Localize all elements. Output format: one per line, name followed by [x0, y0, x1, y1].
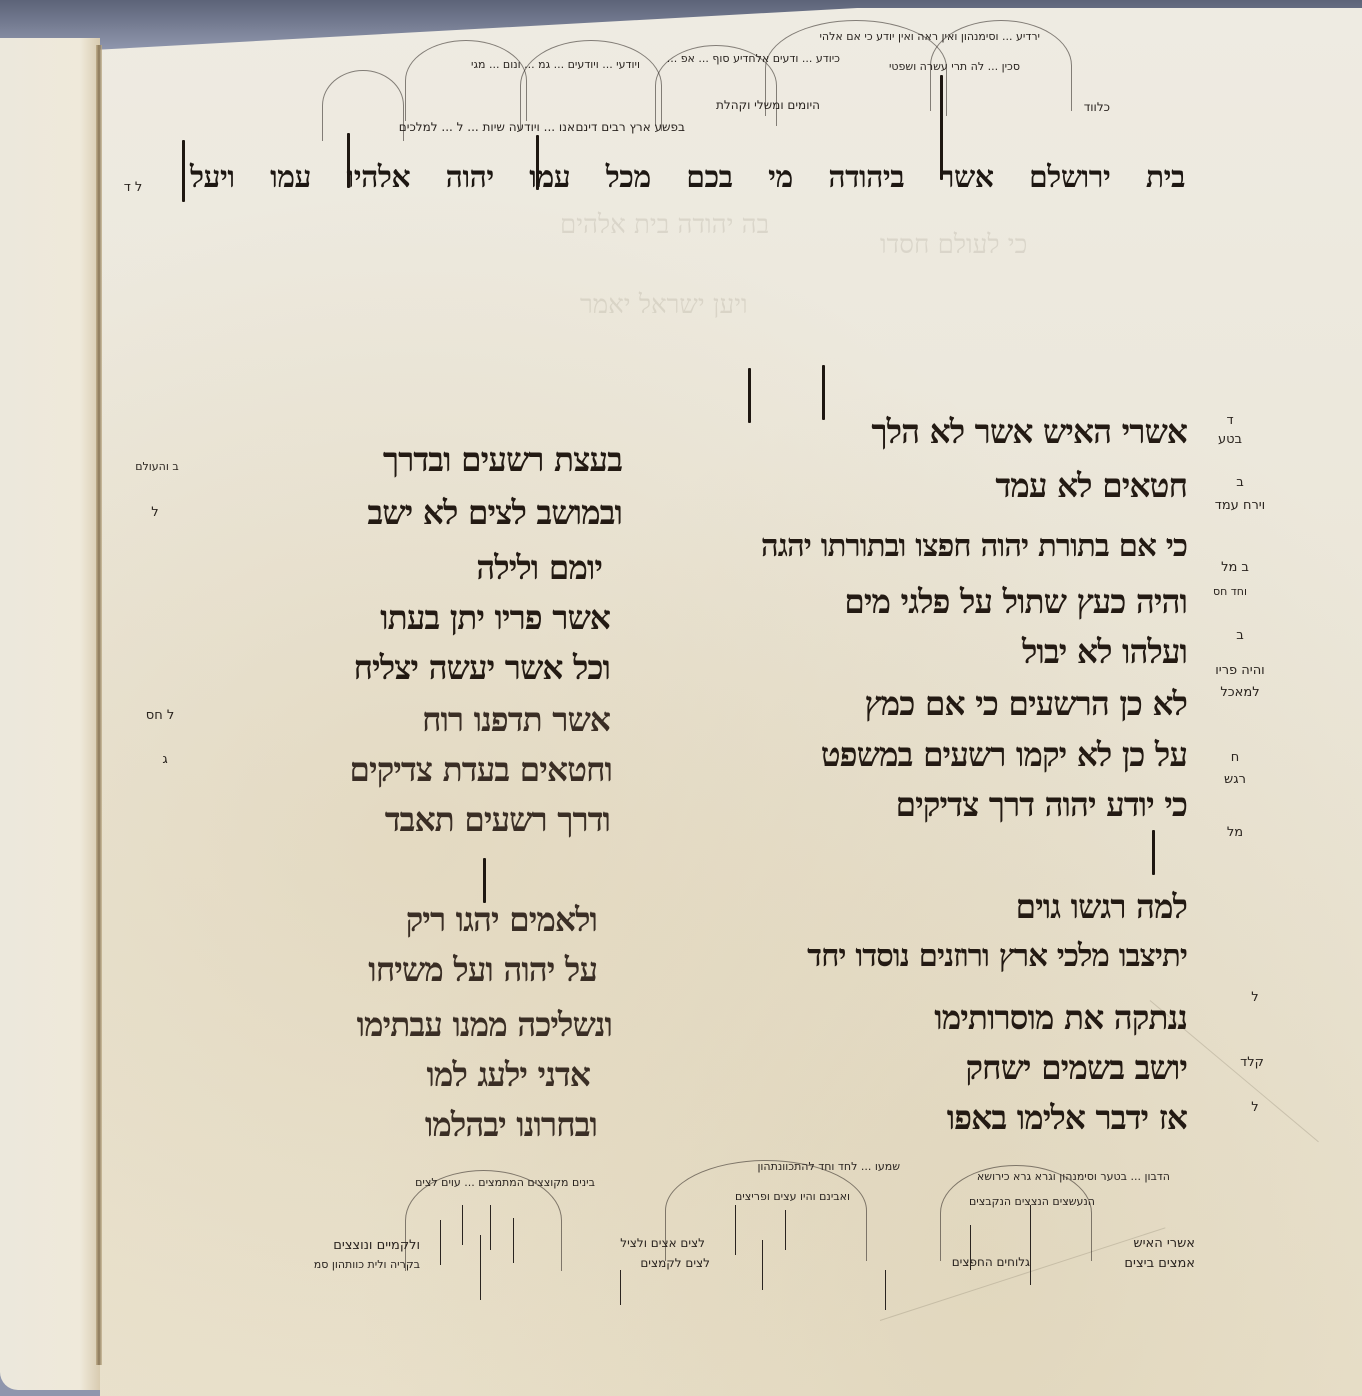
masora-text: סכין ... לה תרי עשרה ושפטי [870, 60, 1020, 73]
margin-note: בטע [1200, 432, 1260, 447]
margin-note-mark: ח [1215, 750, 1255, 765]
margin-note: קלד [1232, 1055, 1272, 1070]
letter-ascender [822, 365, 825, 420]
letter-ascender [748, 368, 751, 423]
facing-page-left [0, 38, 100, 1390]
letter-ascender [1152, 830, 1155, 875]
letter-ascender [182, 140, 185, 202]
hanging-stroke [970, 1225, 971, 1270]
margin-note-mark: ב [1210, 475, 1270, 490]
show-through-text: ויען ישראל יאמר [580, 290, 748, 320]
margin-note: ל חס [135, 708, 185, 723]
text-line: ובמושב לצים לא ישב [367, 493, 622, 533]
text-line: וחטאים בעדת צדיקים [349, 750, 612, 790]
margin-note-mark: ל [1240, 990, 1270, 1005]
text-line: וכל אשר יעשה יצליח [354, 648, 610, 688]
masora-text: ירדיע ... וסימנהון ואין ראה ואין יודע כי… [790, 30, 1040, 43]
masora-text: כלווד [1050, 100, 1110, 114]
masora-text: הדבון ... בטער וסימנהון וגרא גרא כירושא [910, 1170, 1170, 1183]
margin-note: וירח עמד [1195, 498, 1285, 513]
margin-note: רגש [1210, 772, 1260, 787]
margin-note-mark: ל [1240, 1100, 1270, 1115]
hanging-stroke [762, 1240, 763, 1290]
masora-text: ויודעי ... ויודעים ... גמ ... ונום ... מ… [440, 58, 640, 71]
page-gutter [96, 45, 102, 1365]
masora-text: אשרי האיש [1085, 1236, 1195, 1251]
hanging-stroke [620, 1270, 621, 1305]
text-line: יושב בשמים ישחק [965, 1048, 1187, 1088]
text-line: על כן לא יקמו רשעים במשפט [821, 735, 1187, 775]
text-line: יתיצבו מלכי ארץ ורוזנים נוסדו יחד [807, 938, 1187, 974]
text-line: יומם ולילה [476, 548, 602, 588]
text-line: ועלהו לא יבול [1022, 632, 1187, 672]
text-line: לא כן הרשעים כי אם כמץ [864, 684, 1187, 724]
masora-text: הנעשצים הנצצים הנקבצים [955, 1195, 1095, 1208]
text-line: חטאים לא עמד [995, 466, 1187, 506]
margin-note: ל [140, 505, 170, 520]
text-line: אדני ילעג למו [426, 1055, 590, 1095]
text-line: למה רגשו גוים [1016, 887, 1187, 927]
margin-note-mark: ד [1200, 413, 1260, 428]
masora-text: גלוחים החפצים [880, 1255, 1030, 1269]
hanging-stroke [490, 1205, 491, 1250]
margin-note: ב והעולם [132, 460, 182, 473]
text-line: כי אם בתורת יהוה חפצו ובתורתו יהגה [761, 528, 1187, 564]
masora-text: בקריה ולית כוותהון סמ [265, 1258, 420, 1271]
margin-note: וחד חס [1205, 585, 1255, 598]
masora-text: שמעו ... לחד וחד להתכוונתהון [640, 1160, 900, 1173]
text-line: אז ידבר אלימו באפו [947, 1098, 1187, 1138]
show-through-text: כי לעולם חסדו [880, 230, 1027, 260]
margin-note: ב מל [1205, 560, 1265, 575]
masora-text: בינים מקוצצים המתמצים ... עוים לצים [395, 1176, 595, 1189]
hanging-stroke [1030, 1205, 1031, 1285]
text-line: ננתקה את מוסרותימו [934, 998, 1187, 1038]
masora-text: בפשע ארץ רבים דינם [505, 120, 685, 134]
text-line: כי יודע יהוה דרך צדיקים [896, 785, 1187, 825]
masora-text: אמצים ביצים [1085, 1256, 1195, 1271]
hanging-stroke [480, 1235, 481, 1300]
text-line: אשרי האיש אשר לא הלך [871, 412, 1187, 452]
text-line: אשר פריו יתן בעתו [380, 598, 610, 638]
margin-note: ל ד [118, 180, 148, 195]
masora-text: לצים לקמצים [580, 1256, 710, 1270]
text-line: בעצת רשעים ובדרך [383, 440, 622, 480]
text-line: אשר תדפנו רוח [422, 700, 610, 740]
margin-note: ג [150, 752, 180, 767]
hanging-stroke [735, 1205, 736, 1255]
show-through-text: בה יהודה בית אלהים [560, 210, 769, 240]
masora-text: ולקמיים ונוצצים [255, 1238, 420, 1253]
hanging-stroke [885, 1270, 886, 1310]
text-line: ובחרונו יבהלמו [425, 1105, 597, 1145]
margin-note: מל [1215, 825, 1255, 840]
hanging-stroke [440, 1220, 441, 1265]
masora-text: לצים אצים ולציל [555, 1236, 705, 1250]
text-line: ולאמים יהגו ריק [406, 900, 597, 940]
letter-ascender [483, 858, 486, 903]
text-line: על יהוה ועל משיחו [368, 950, 597, 990]
masora-text: היומים ומשלי וקהלת [660, 98, 820, 112]
masora-arc [405, 40, 527, 121]
text-line: ודרך רשעים תאבד [385, 800, 610, 840]
margin-note-mark: ב [1215, 628, 1265, 643]
text-line: ונשליכה ממנו עבתימו [357, 1005, 612, 1045]
masora-text: כיודע ... ודעים אלחדיע סוף ... אפ ... [620, 52, 840, 65]
top-text-line: בית ירושלם אשר ביהודה מי בכם מכל עמו יהו… [190, 160, 1185, 195]
hanging-stroke [462, 1205, 463, 1245]
masora-text: ואבינם והיו עצים ופריצים [700, 1190, 850, 1203]
hanging-stroke [785, 1210, 786, 1250]
text-line: והיה כעץ שתול על פלגי מים [844, 582, 1187, 622]
margin-note: והיה פריו למאכל [1210, 660, 1270, 704]
hanging-stroke [513, 1218, 514, 1263]
